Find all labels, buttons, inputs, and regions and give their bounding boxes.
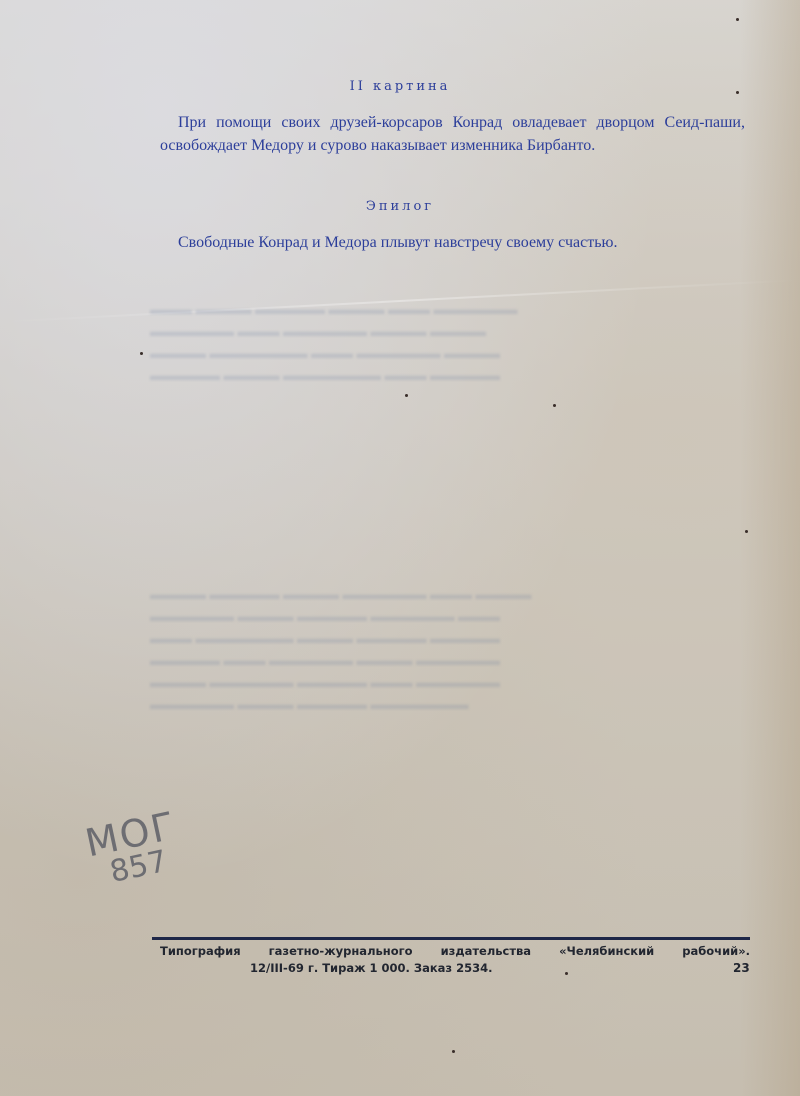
paper-speck	[140, 352, 143, 355]
paper-speck	[565, 972, 568, 975]
epilogue-paragraph: Свободные Конрад и Медора плывут навстре…	[160, 231, 745, 254]
paper-speck	[553, 404, 556, 407]
paper-speck	[745, 530, 748, 533]
imprint-line2: 12/III-69 г. Тираж 1 000. Заказ 2534.	[160, 961, 750, 975]
paper-speck	[736, 91, 739, 94]
paper-speck	[736, 18, 739, 21]
imprint-line1: Типография газетно-журнального издательс…	[160, 944, 750, 958]
paper-speck	[405, 394, 408, 397]
section-paragraph: При помощи своих друзей-корсаров Конрад …	[160, 111, 745, 157]
handwritten-note: МОГ 857	[81, 803, 186, 894]
page-number: 23	[733, 961, 750, 975]
epilogue-heading: Эпилог	[0, 199, 800, 214]
bleed-through-text-lower: ▬▬▬▬ ▬▬▬▬▬ ▬▬▬▬ ▬▬▬▬▬▬ ▬▬▬ ▬▬▬▬▬▬▬▬▬▬ ▬▬…	[150, 585, 750, 717]
bleed-through-text-upper: ▬▬▬ ▬▬▬▬ ▬▬▬▬▬ ▬▬▬▬ ▬▬▬ ▬▬▬▬▬▬▬▬▬▬▬▬ ▬▬▬…	[150, 300, 750, 388]
paper-crease	[0, 279, 799, 323]
page-edge-shadow	[740, 0, 800, 1096]
section-heading: II картина	[0, 79, 800, 94]
paper-speck	[452, 1050, 455, 1053]
imprint-divider	[152, 937, 750, 940]
